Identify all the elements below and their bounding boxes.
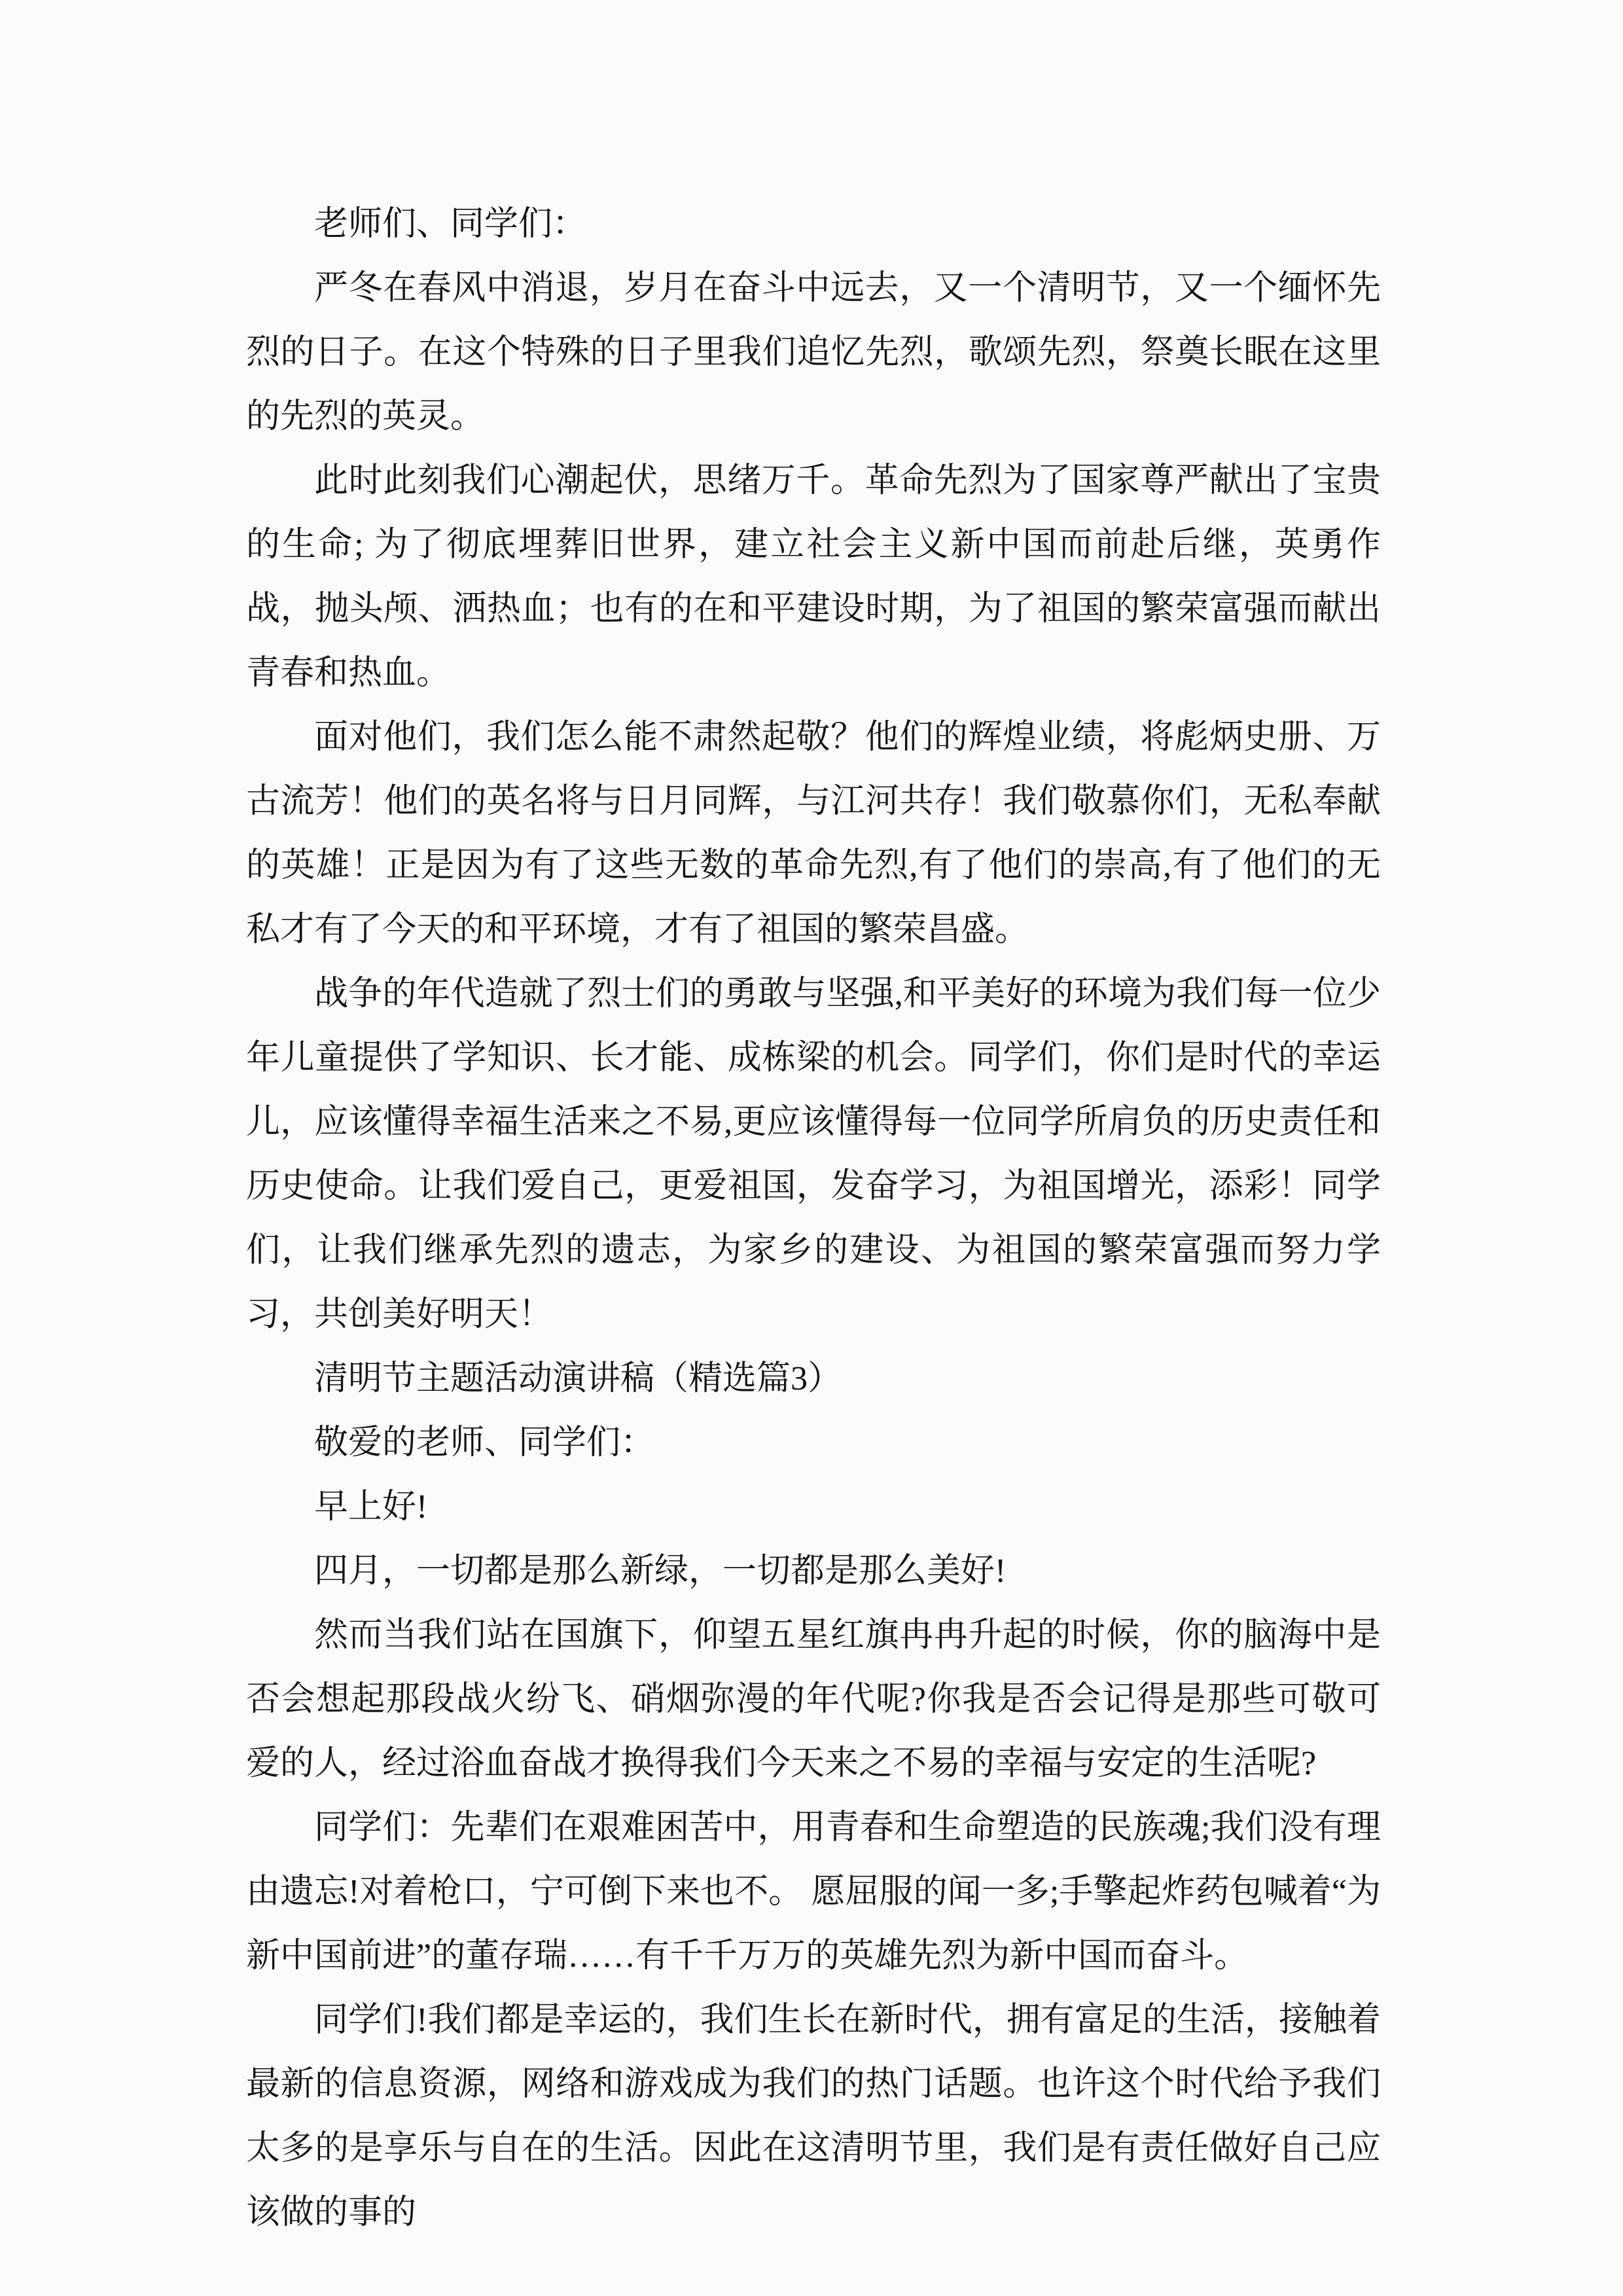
greeting-paragraph: 早上好!: [246, 1475, 1381, 1539]
salutation-paragraph: 敬爱的老师、同学们：: [246, 1411, 1381, 1475]
paragraph: 同学们!我们都是幸运的，我们生长在新时代，拥有富足的生活，接触着最新的信息资源，…: [246, 1988, 1381, 2245]
paragraph: 战争的年代造就了烈士们的勇敢与坚强,和平美好的环境为我们每一位少年儿童提供了学知…: [246, 962, 1381, 1347]
paragraph: 同学们：先辈们在艰难困苦中，用青春和生命塑造的民族魂;我们没有理由遗忘!对着枪口…: [246, 1796, 1381, 1988]
salutation-paragraph: 老师们、同学们：: [246, 192, 1381, 257]
paragraph: 面对他们，我们怎么能不肃然起敬？他们的辉煌业绩，将彪炳史册、万古流芳！他们的英名…: [246, 706, 1381, 962]
document-page: 老师们、同学们： 严冬在春风中消退，岁月在奋斗中远去，又一个清明节，又一个缅怀先…: [0, 0, 1623, 2296]
paragraph: 四月，一切都是那么新绿，一切都是那么美好!: [246, 1539, 1381, 1604]
paragraph: 严冬在春风中消退，岁月在奋斗中远去，又一个清明节，又一个缅怀先烈的日子。在这个特…: [246, 257, 1381, 449]
section-heading-paragraph: 清明节主题活动演讲稿（精选篇3）: [246, 1347, 1381, 1411]
paragraph: 此时此刻我们心潮起伏，思绪万千。革命先烈为了国家尊严献出了宝贵的生命; 为了彻底…: [246, 449, 1381, 706]
paragraph: 然而当我们站在国旗下，仰望五星红旗冉冉升起的时候，你的脑海中是否会想起那段战火纷…: [246, 1604, 1381, 1796]
